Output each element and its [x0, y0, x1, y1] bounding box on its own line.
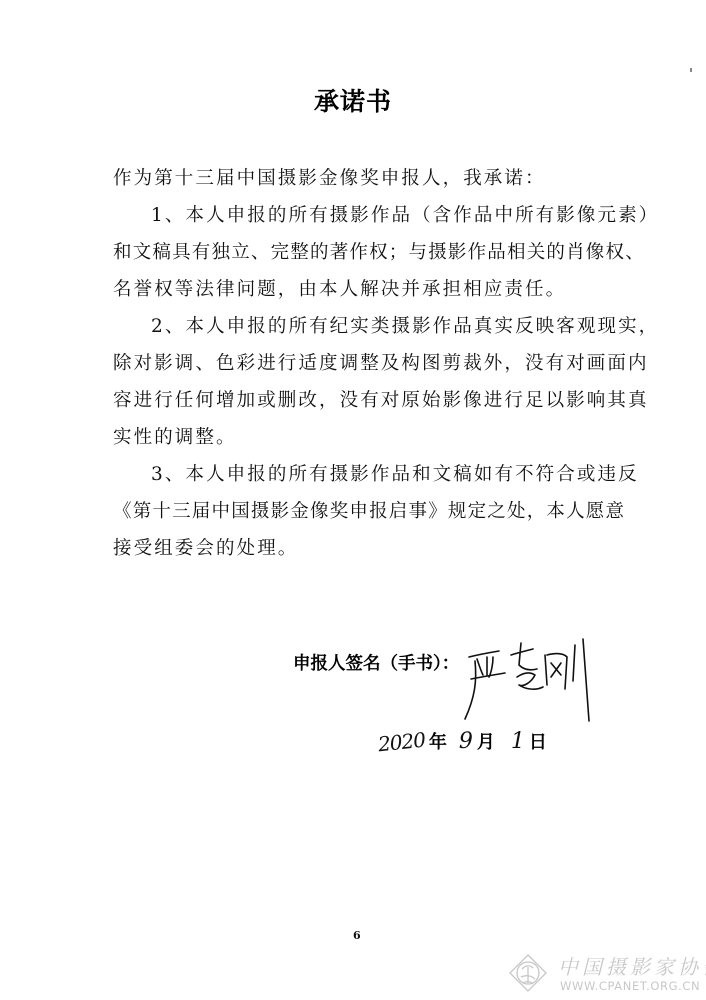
scan-speck	[690, 68, 692, 72]
signature-row: 申报人签名（手书）：	[293, 642, 603, 682]
signature-date: 2020 年 9 月 1 日	[378, 718, 551, 754]
clause-1-line-1: 1、本人申报的所有摄影作品（含作品中所有影像元素）	[113, 197, 613, 234]
watermark-org-name: 中国摄影家协会	[558, 951, 706, 980]
clause-2-line-4: 实性的调整。	[113, 419, 613, 456]
clause-2-line-3: 容进行任何增加或删改，没有对原始影像进行足以影响其真	[113, 382, 613, 419]
document-title: 承诺书	[0, 82, 706, 118]
signature-label: 申报人签名（手书）：	[293, 650, 459, 675]
date-month-label: 月	[477, 728, 495, 754]
clause-3-line-1: 3、本人申报的所有摄影作品和文稿如有不符合或违反	[113, 456, 613, 493]
clause-2-line-1: 2、本人申报的所有纪实类摄影作品真实反映客观现实，	[113, 308, 613, 345]
date-day-label: 日	[529, 728, 547, 754]
page-number: 6	[353, 929, 361, 942]
intro-line: 作为第十三届中国摄影金像奖申报人，我承诺：	[113, 160, 613, 197]
clause-2-line-2: 除对影调、色彩进行适度调整及构图剪裁外，没有对画面内	[113, 345, 613, 382]
clause-3-line-3: 接受组委会的处理。	[113, 530, 613, 567]
clause-3-line-2: 《第十三届中国摄影金像奖申报启事》规定之处，本人愿意	[113, 493, 613, 530]
watermark: 中国摄影家协会 WWW.CPANET.ORG.CN	[508, 951, 704, 997]
handwritten-signature-icon	[463, 635, 603, 725]
watermark-url: WWW.CPANET.ORG.CN	[560, 979, 700, 993]
document-page: 承诺书 作为第十三届中国摄影金像奖申报人，我承诺： 1、本人申报的所有摄影作品（…	[0, 0, 706, 1000]
date-month: 9	[459, 729, 473, 754]
clause-1-line-3: 名誉权等法律问题，由本人解决并承担相应责任。	[113, 271, 613, 308]
document-body: 作为第十三届中国摄影金像奖申报人，我承诺： 1、本人申报的所有摄影作品（含作品中…	[113, 160, 613, 567]
date-day: 1	[511, 729, 525, 754]
date-year-label: 年	[429, 728, 447, 754]
cpa-logo-icon	[508, 953, 548, 993]
date-year: 2020	[377, 728, 426, 757]
clause-1-line-2: 和文稿具有独立、完整的著作权；与摄影作品相关的肖像权、	[113, 234, 613, 271]
